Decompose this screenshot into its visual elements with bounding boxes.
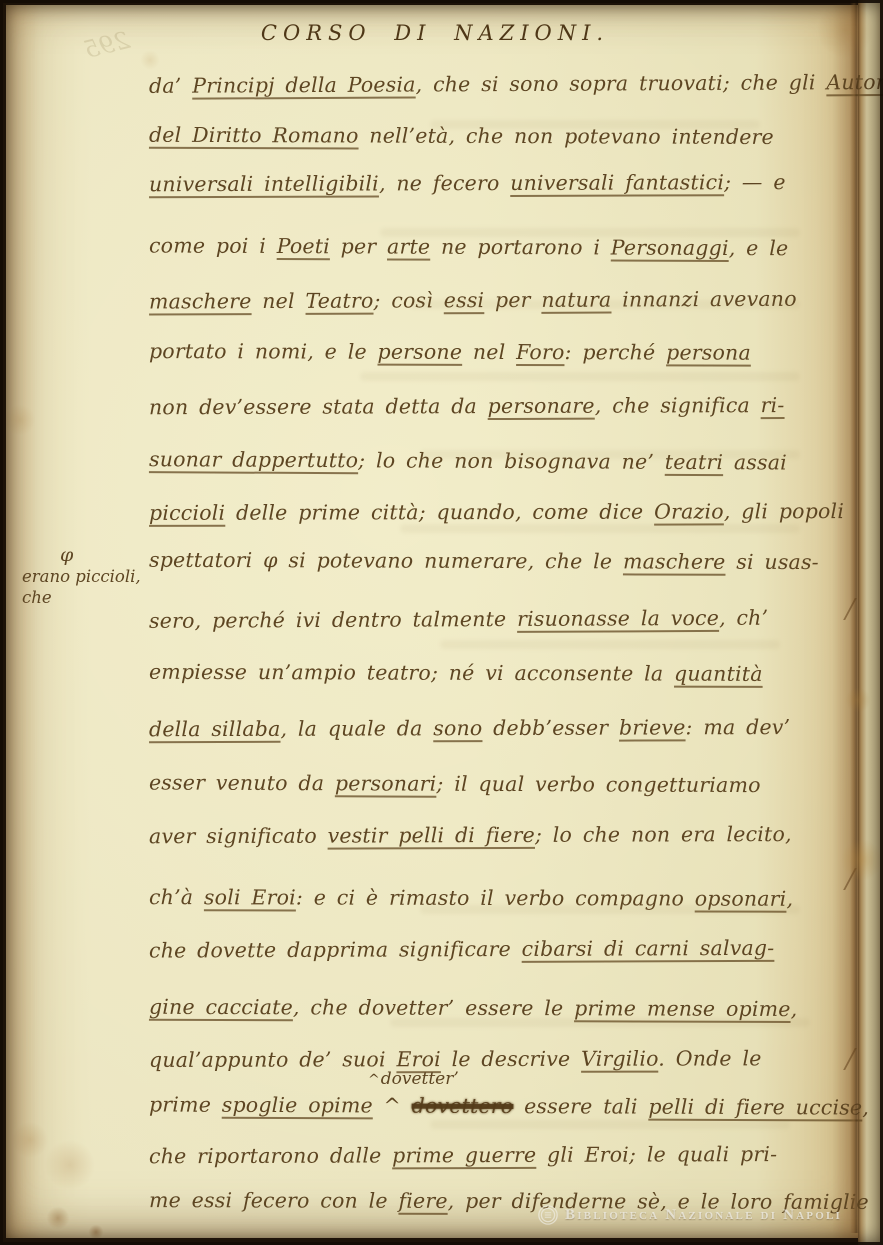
manuscript-line: della sillaba, la quale da sono debb’ess… (149, 715, 861, 741)
manuscript-line: sero, perché ivi dentro talmente risuona… (149, 605, 861, 633)
margin-note: φ erano piccioli, che (22, 545, 146, 608)
manuscript-line: che dovette dapprima significare cibarsi… (149, 935, 861, 962)
insertion-mark-phi: φ (60, 545, 146, 566)
margin-note-line: erano piccioli, (22, 566, 146, 587)
manuscript-line: prime spoglie opime ^ dovettero essere t… (149, 1092, 861, 1119)
manuscript-line: che riportarono dalle prime guerre gli E… (149, 1142, 861, 1168)
manuscript-line: del Diritto Romano nell’età, che non pot… (149, 123, 861, 149)
manuscript-line: portato i nomi, e le persone nel Foro: p… (149, 339, 861, 365)
manuscript-line: esser venuto da personari; il qual verbo… (149, 770, 861, 797)
manuscript-line: come poi i Poeti per arte ne portarono i… (149, 233, 861, 260)
manuscript-line: aver significato vestir pelli di fiere; … (149, 822, 861, 848)
manuscript-line: non dev’essere stata detta da personare,… (149, 393, 861, 419)
library-watermark-label: Biblioteca Nazionale di Napoli (565, 1207, 842, 1224)
adjacent-page-edge (858, 0, 883, 1245)
manuscript-line: universali intelligibili, ne fecero univ… (149, 170, 861, 196)
manuscript-line: ch’à soli Eroi: e ci è rimasto il verbo … (149, 885, 861, 911)
manuscript-leaf: 295 CORSO DI NAZIONI. da’ Principj della… (6, 5, 858, 1238)
manuscript-line: da’ Principj della Poesia, che si sono s… (149, 70, 861, 98)
manuscript-line: empiesse un’ampio teatro; né vi acconsen… (149, 660, 861, 686)
manuscript-line: maschere nel Teatro; così essi per natur… (149, 286, 861, 313)
margin-note-line: che (22, 587, 146, 608)
page-title: CORSO DI NAZIONI. (6, 21, 864, 45)
library-seal-icon (537, 1204, 559, 1226)
caret-mark: ^ (368, 1072, 380, 1088)
manuscript-line: piccioli delle prime città; quando, come… (149, 499, 861, 525)
manuscript-line: qual’appunto de’ suoi Eroi le descrive V… (149, 1046, 861, 1072)
library-watermark: Biblioteca Nazionale di Napoli (537, 1204, 842, 1226)
manuscript-line: gine cacciate, che dovetter’ essere le p… (149, 995, 861, 1021)
manuscript-scan: 295 CORSO DI NAZIONI. da’ Principj della… (0, 0, 883, 1245)
manuscript-line: suonar dappertutto; lo che non bisognava… (149, 447, 861, 475)
manuscript-line: spettatori φ si potevano numerare, che l… (149, 548, 861, 574)
interlinear-insertion: ^dovetter’ (368, 1069, 459, 1089)
interlinear-text: dovetter’ (381, 1069, 459, 1089)
